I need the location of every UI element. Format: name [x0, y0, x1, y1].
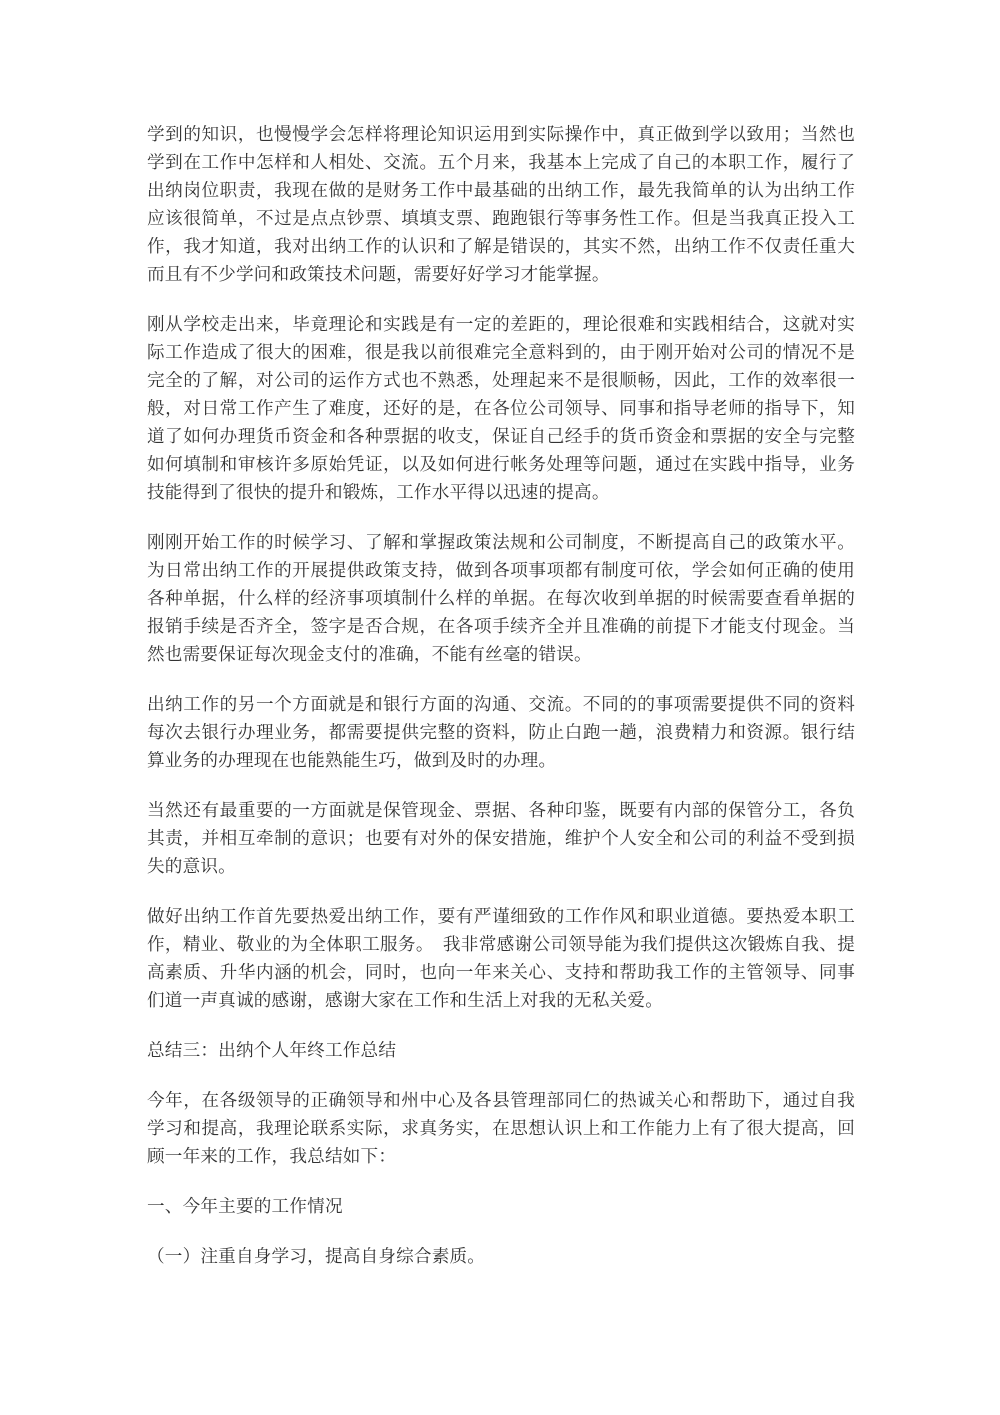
body-paragraph-3: 刚刚开始工作的时候学习、了解和掌握政策法规和公司制度，不断提高自己的政策水平。为…: [147, 528, 855, 668]
numbered-heading-1: 一、今年主要的工作情况: [147, 1192, 855, 1220]
body-paragraph-4: 出纳工作的另一个方面就是和银行方面的沟通、交流。不同的的事项需要提供不同的资料每…: [147, 690, 855, 774]
body-paragraph-6: 做好出纳工作首先要热爱出纳工作，要有严谨细致的工作作风和职业道德。要热爱本职工作…: [147, 902, 855, 1014]
section-title: 总结三：出纳个人年终工作总结: [147, 1036, 855, 1064]
sub-heading-1: （一）注重自身学习，提高自身综合素质。: [147, 1242, 855, 1270]
document-page: 学到的知识，也慢慢学会怎样将理论知识运用到实际操作中，真正做到学以致用；当然也学…: [0, 0, 1000, 1415]
body-paragraph-7: 今年，在各级领导的正确领导和州中心及各县管理部同仁的热诚关心和帮助下，通过自我学…: [147, 1086, 855, 1170]
body-paragraph-1: 学到的知识，也慢慢学会怎样将理论知识运用到实际操作中，真正做到学以致用；当然也学…: [147, 120, 855, 288]
body-paragraph-2: 刚从学校走出来，毕竟理论和实践是有一定的差距的，理论很难和实践相结合，这就对实际…: [147, 310, 855, 506]
body-paragraph-5: 当然还有最重要的一方面就是保管现金、票据、各种印鉴，既要有内部的保管分工，各负其…: [147, 796, 855, 880]
